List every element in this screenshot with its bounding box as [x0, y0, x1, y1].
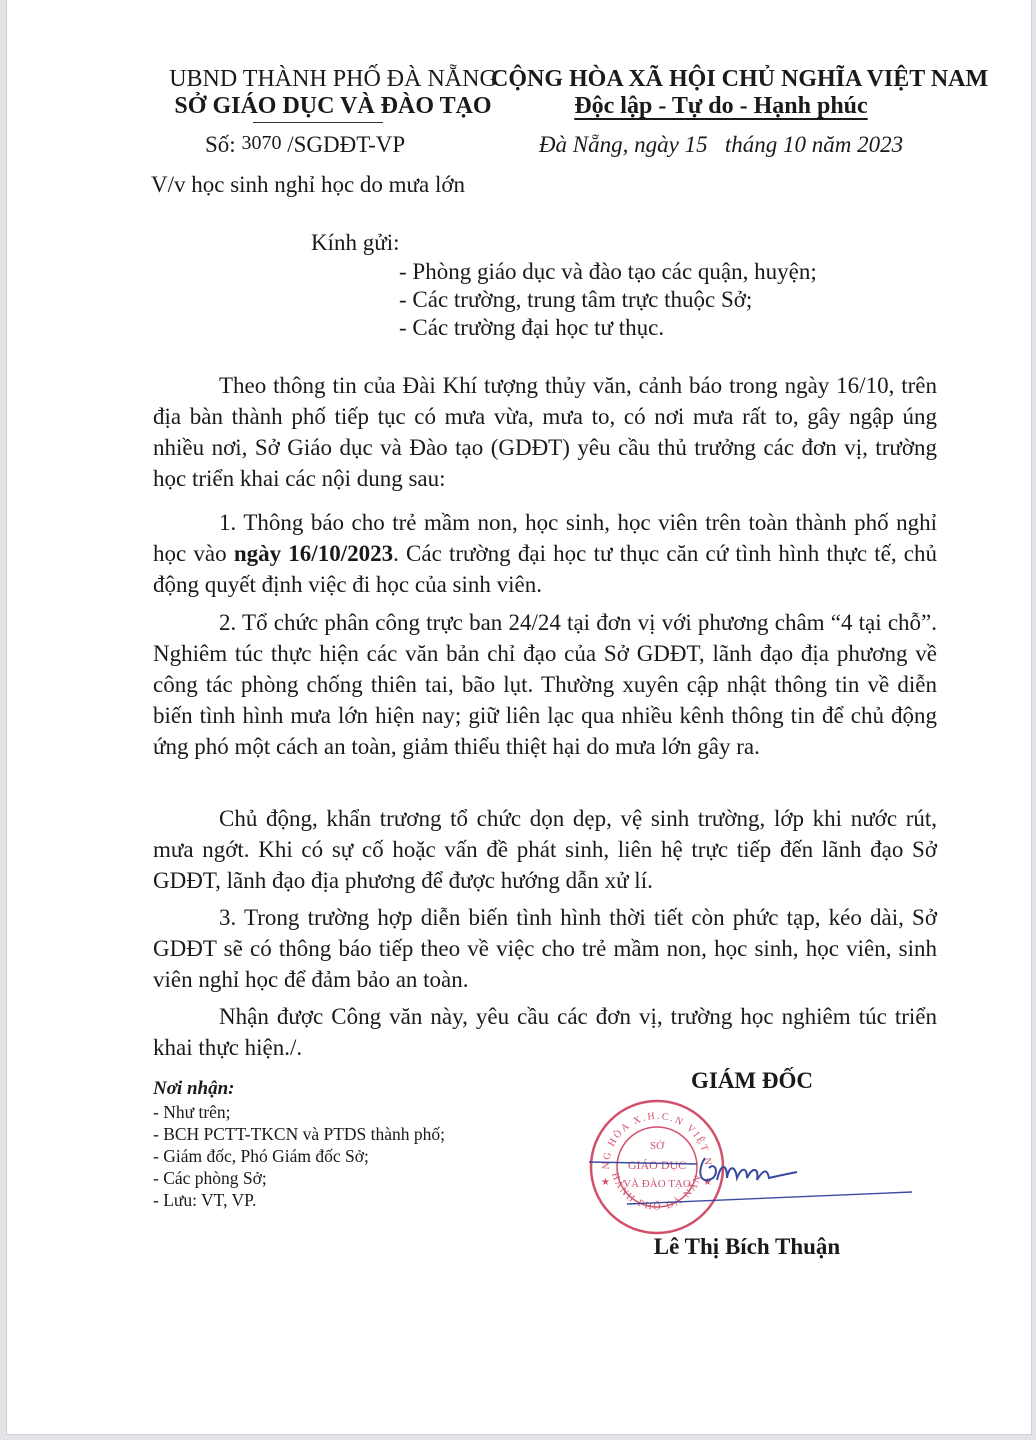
distribution-item: - BCH PCTT-TKCN và PTDS thành phố;	[153, 1123, 445, 1145]
intro-paragraph: Theo thông tin của Đài Khí tượng thủy vă…	[153, 370, 937, 494]
national-motto-text: Độc lập - Tự do - Hạnh phúc	[574, 93, 867, 119]
closing-paragraph: Nhận được Công văn này, yêu cầu các đơn …	[153, 1001, 937, 1063]
recipient-item: - Các trường, trung tâm trực thuộc Sở;	[399, 286, 817, 314]
doc-subject: V/v học sinh nghỉ học do mưa lớn	[151, 172, 465, 198]
item-3-paragraph: 3. Trong trường hợp diễn biến tình hình …	[153, 902, 937, 995]
doc-number: Số: 3070 /SGDĐT-VP	[205, 132, 405, 158]
national-title: CỘNG HÒA XÃ HỘI CHỦ NGHĨA VIỆT NAM	[491, 66, 951, 93]
doc-code: /SGDĐT-VP	[287, 132, 405, 157]
item-2b-paragraph: Chủ động, khẩn trương tổ chức dọn dẹp, v…	[153, 803, 937, 896]
item-2-paragraph: 2. Tổ chức phân công trực ban 24/24 tại …	[153, 607, 937, 762]
distribution-item: - Giám đốc, Phó Giám đốc Sở;	[153, 1145, 445, 1167]
doc-number-value: 3070	[241, 132, 281, 154]
distribution-item: - Như trên;	[153, 1101, 445, 1123]
doc-number-label: Số:	[205, 132, 236, 157]
issuer-underline	[253, 122, 383, 123]
distribution-label: Nơi nhận:	[153, 1078, 234, 1100]
issuer-department: SỞ GIÁO DỤC VÀ ĐÀO TẠO	[147, 93, 519, 120]
closing-text: Nhận được Công văn này, yêu cầu các đơn …	[153, 1004, 937, 1060]
date-line: Đà Nẵng, ngày 15 tháng 10 năm 2023	[491, 132, 951, 158]
distribution-list: - Như trên; - BCH PCTT-TKCN và PTDS thàn…	[153, 1101, 445, 1211]
item-3-text: 3. Trong trường hợp diễn biến tình hình …	[153, 905, 937, 992]
item-2-text: 2. Tổ chức phân công trực ban 24/24 tại …	[153, 610, 937, 759]
item-1-paragraph: 1. Thông báo cho trẻ mầm non, học sinh, …	[153, 507, 937, 600]
signer-title: GIÁM ĐỐC	[647, 1068, 857, 1094]
recipients-label: Kính gửi:	[311, 230, 400, 256]
recipients-list: - Phòng giáo dục và đào tạo các quận, hu…	[399, 258, 817, 342]
signature-scribble-icon	[587, 1140, 917, 1210]
recipient-item: - Các trường đại học tư thục.	[399, 314, 817, 342]
signer-name: Lê Thị Bích Thuận	[622, 1234, 872, 1260]
item-1-date-highlight: ngày 16/10/2023	[234, 541, 393, 566]
issuer-department-text: SỞ GIÁO DỤC VÀ ĐÀO TẠO	[174, 93, 491, 119]
distribution-item: - Các phòng Sở;	[153, 1167, 445, 1189]
item-2b-text: Chủ động, khẩn trương tổ chức dọn dẹp, v…	[153, 806, 937, 893]
distribution-item: - Lưu: VT, VP.	[153, 1189, 445, 1211]
issuer-authority: UBND THÀNH PHỐ ĐÀ NẴNG	[147, 66, 519, 93]
recipient-item: - Phòng giáo dục và đào tạo các quận, hu…	[399, 258, 817, 286]
intro-text: Theo thông tin của Đài Khí tượng thủy vă…	[153, 373, 937, 491]
national-motto: Độc lập - Tự do - Hạnh phúc	[491, 93, 951, 120]
document-page: UBND THÀNH PHỐ ĐÀ NẴNG SỞ GIÁO DỤC VÀ ĐÀ…	[6, 0, 1032, 1435]
